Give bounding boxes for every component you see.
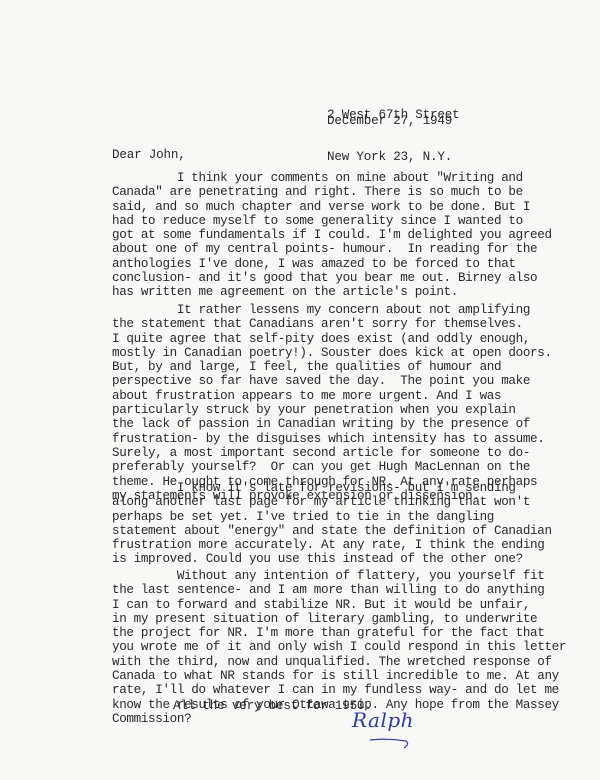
text-line: But, by and large, I feel, the qualities… — [112, 360, 552, 374]
address-line-2: New York 23, N.Y. — [327, 150, 459, 164]
text-line: It rather lessens my concern about not a… — [112, 303, 552, 317]
text-line: preferably yourself? Or can you get Hugh… — [112, 460, 552, 474]
text-line: Surely, a most important second article … — [112, 446, 552, 460]
text-line: mostly in Canadian poetry!). Souster doe… — [112, 346, 552, 360]
text-line: with the third, now and unqualified. The… — [112, 655, 566, 669]
text-line: I think your comments on mine about "Wri… — [112, 171, 552, 185]
text-line: the project for NR. I'm more than gratef… — [112, 626, 566, 640]
paragraph-1: I think your comments on mine about "Wri… — [112, 171, 552, 300]
text-line: along another last page for my article t… — [112, 495, 552, 509]
text-line: the last sentence- and I am more than wi… — [112, 583, 566, 597]
text-line: about one of my central points- humour. … — [112, 242, 552, 256]
signature-flourish-icon — [368, 736, 410, 750]
text-line: has written me agreement on the article'… — [112, 285, 552, 299]
text-line: Canada" are penetrating and right. There… — [112, 185, 552, 199]
text-line: anthologies I've done, I was amazed to b… — [112, 257, 552, 271]
text-line: the statement that Canadians aren't sorr… — [112, 317, 552, 331]
letter-date: December 27, 1949 — [327, 114, 452, 128]
text-line: frustration more accurately. At any rate… — [112, 538, 552, 552]
text-line: the lack of passion in Canadian writing … — [112, 417, 552, 431]
text-line: had to reduce myself to some generality … — [112, 214, 552, 228]
text-line: about frustration appears to me more urg… — [112, 389, 552, 403]
text-line: Commission? — [112, 712, 566, 726]
text-line: got at some fundamentals if I could. I'm… — [112, 228, 552, 242]
text-line: I quite agree that self-pity does exist … — [112, 332, 552, 346]
text-line: said, and so much chapter and verse work… — [112, 200, 552, 214]
text-line: frustration- by the disguises which inte… — [112, 432, 552, 446]
paragraph-3: I know it's late for revisions- but I'm … — [112, 481, 552, 567]
letter-page: 2 West 67th Street New York 23, N.Y. Dec… — [0, 0, 600, 780]
text-line: perhaps be set yet. I've tried to tie in… — [112, 510, 552, 524]
closing-line: All the very best for 1950. — [173, 699, 372, 713]
text-line: I know it's late for revisions- but I'm … — [112, 481, 552, 495]
handwritten-signature: Ralph — [352, 708, 414, 732]
text-line: rate, I'll do whatever I can in my fundl… — [112, 683, 566, 697]
text-line: I can to forward and stabilize NR. But i… — [112, 598, 566, 612]
text-line: Canada to what NR stands for is still in… — [112, 669, 566, 683]
salutation: Dear John, — [112, 148, 186, 162]
text-line: you wrote me of it and only wish I could… — [112, 640, 566, 654]
text-line: particularly struck by your penetration … — [112, 403, 552, 417]
text-line: in my present situation of literary gamb… — [112, 612, 566, 626]
text-line: is improved. Could you use this instead … — [112, 552, 552, 566]
text-line: conclusion- and it's good that you bear … — [112, 271, 552, 285]
paragraph-2: It rather lessens my concern about not a… — [112, 303, 552, 503]
text-line: statement about "energy" and state the d… — [112, 524, 552, 538]
text-line: perspective so far have saved the day. T… — [112, 374, 552, 388]
text-line: Without any intention of flattery, you y… — [112, 569, 566, 583]
